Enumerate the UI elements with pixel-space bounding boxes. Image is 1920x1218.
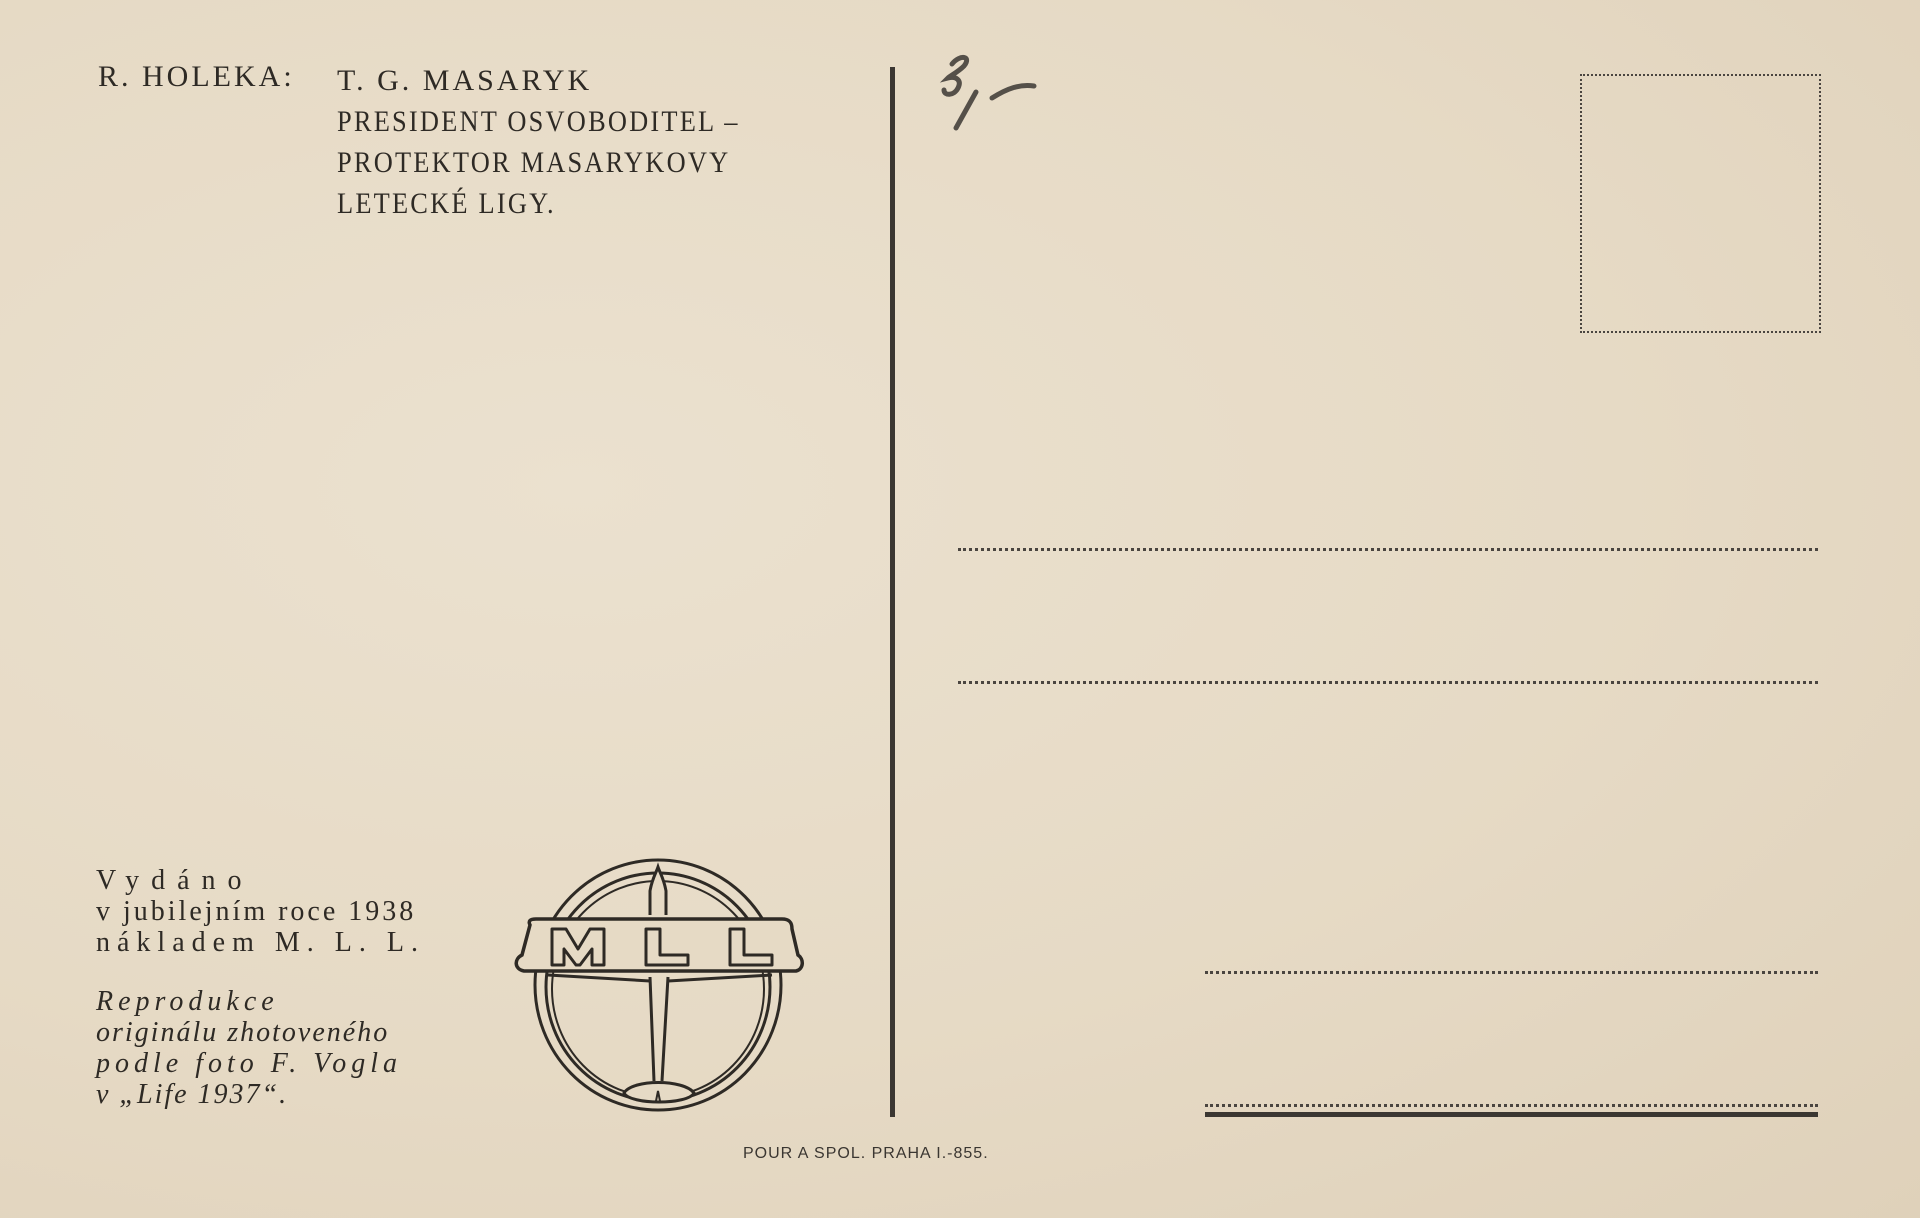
reproduction-line-2: originálu zhotoveného <box>96 1017 402 1048</box>
reproduction-line-4: v „Life 1937“. <box>96 1079 402 1110</box>
address-line-1[interactable] <box>958 548 1818 551</box>
center-divider <box>890 67 895 1117</box>
address-line-3[interactable] <box>1205 971 1818 974</box>
title-line-2: PRESIDENT OSVOBODITEL – <box>337 101 740 142</box>
reproduction-info: Reprodukce originálu zhotoveného podle f… <box>96 986 402 1110</box>
reproduction-line-3: podle foto F. Vogla <box>96 1048 402 1079</box>
title-line-4: LETECKÉ LIGY. <box>337 183 740 224</box>
stamp-placeholder-box <box>1580 74 1821 333</box>
address-underline-bar <box>1205 1112 1818 1117</box>
title-line-3: PROTEKTOR MASARYKOVY <box>337 142 740 183</box>
title-block: T. G. MASARYK PRESIDENT OSVOBODITEL – PR… <box>337 60 795 224</box>
title-line-1: T. G. MASARYK <box>337 60 795 101</box>
publication-line-2: v jubilejním roce 1938 <box>96 896 425 927</box>
publication-info: Vydáno v jubilejním roce 1938 nákladem M… <box>96 865 425 958</box>
publication-line-1: Vydáno <box>96 865 425 896</box>
handwritten-price-icon: 3,- <box>920 50 1040 140</box>
printer-imprint: POUR A SPOL. PRAHA I.-855. <box>743 1145 989 1163</box>
author-label: R. HOLEKA: <box>98 60 295 94</box>
address-line-2[interactable] <box>958 681 1818 684</box>
publication-line-3: nákladem M. L. L. <box>96 927 425 958</box>
reproduction-line-1: Reprodukce <box>96 986 402 1017</box>
svg-text:MLL: MLL <box>500 855 503 856</box>
address-line-4[interactable] <box>1205 1104 1818 1107</box>
mll-airplane-emblem-icon: MLL <box>500 855 820 1115</box>
